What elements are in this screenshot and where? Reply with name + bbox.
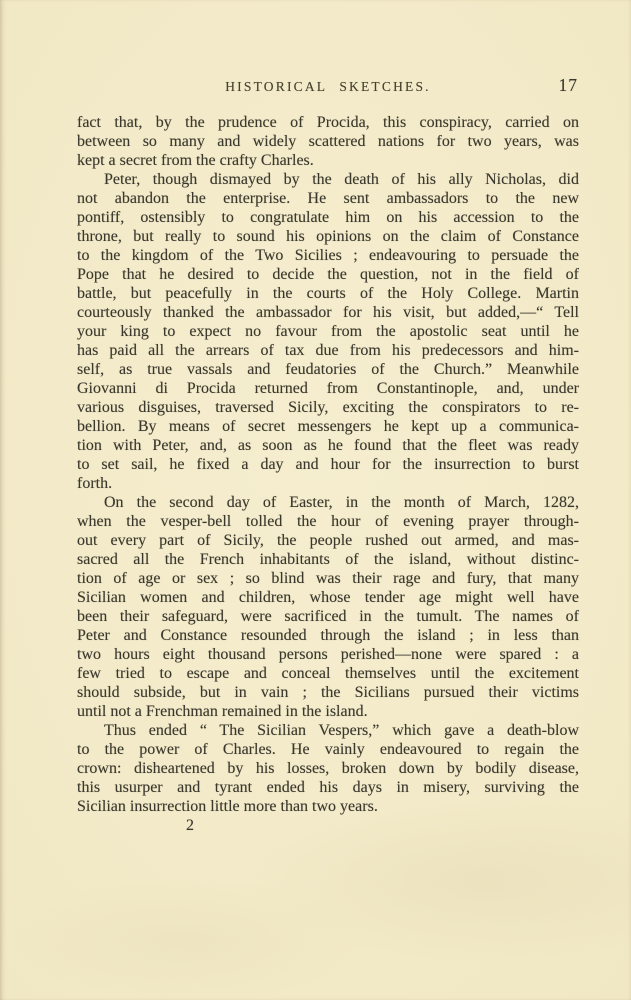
- text-line: has paid all the arrears of tax due from…: [77, 341, 579, 360]
- text-line: crown: disheartened by his losses, broke…: [77, 759, 579, 778]
- text-line: sacred all the French inhabitants of the…: [77, 550, 579, 569]
- text-line: Thus ended “ The Sicilian Vespers,” whic…: [77, 721, 579, 740]
- text-line: Peter and Constance resounded through th…: [77, 626, 579, 645]
- text-block: fact that, by the prudence of Procida, t…: [77, 113, 579, 816]
- text-line: between so many and widely scattered nat…: [77, 132, 579, 151]
- text-line: throne, but really to sound his opinions…: [77, 227, 579, 246]
- text-line: bellion. By means of secret messengers h…: [77, 417, 579, 436]
- text-line: two hours eight thousand persons perishe…: [77, 645, 579, 664]
- text-line: should subside, but in vain ; the Sicili…: [77, 683, 579, 702]
- text-line: various disguises, traversed Sicily, exc…: [77, 398, 579, 417]
- text-line: to the power of Charles. He vainly endea…: [77, 740, 579, 759]
- text-line: out every part of Sicily, the people rus…: [77, 531, 579, 550]
- text-line: Sicilian women and children, whose tende…: [77, 588, 579, 607]
- text-line: when the vesper-bell tolled the hour of …: [77, 512, 579, 531]
- text-line: pontiff, ostensibly to congratulate him …: [77, 208, 579, 227]
- running-header-title: HISTORICAL SKETCHES.: [77, 79, 579, 95]
- text-line: Sicilian insurrection little more than t…: [77, 797, 579, 816]
- running-header: HISTORICAL SKETCHES. 17: [77, 78, 579, 98]
- text-line: your king to expect no favour from the a…: [77, 322, 579, 341]
- text-line: to the kingdom of the Two Sicilies ; end…: [77, 246, 579, 265]
- text-line: this usurper and tyrant ended his days i…: [77, 778, 579, 797]
- text-line: fact that, by the prudence of Procida, t…: [77, 113, 579, 132]
- text-line: until not a Frenchman remained in the is…: [77, 702, 579, 721]
- text-line: battle, but peacefully in the courts of …: [77, 284, 579, 303]
- page-number: 17: [559, 75, 579, 96]
- text-line: tion of age or sex ; so blind was their …: [77, 569, 579, 588]
- text-line: not abandon the enterprise. He sent amba…: [77, 189, 579, 208]
- text-line: few tried to escape and conceal themselv…: [77, 664, 579, 683]
- text-line: self, as true vassals and feudatories of…: [77, 360, 579, 379]
- text-line: Pope that he desired to decide the quest…: [77, 265, 579, 284]
- text-line: tion with Peter, and, as soon as he foun…: [77, 436, 579, 455]
- signature-mark: 2: [186, 817, 194, 835]
- text-line: forth.: [77, 474, 579, 493]
- text-line: kept a secret from the crafty Charles.: [77, 151, 579, 170]
- book-page: HISTORICAL SKETCHES. 17 fact that, by th…: [0, 0, 631, 1000]
- text-line: On the second day of Easter, in the mont…: [77, 493, 579, 512]
- text-line: Giovanni di Procida returned from Consta…: [77, 379, 579, 398]
- text-line: courteously thanked the ambassador for h…: [77, 303, 579, 322]
- text-line: Peter, though dismayed by the death of h…: [77, 170, 579, 189]
- text-line: to set sail, he fixed a day and hour for…: [77, 455, 579, 474]
- text-line: been their safeguard, were sacrificed in…: [77, 607, 579, 626]
